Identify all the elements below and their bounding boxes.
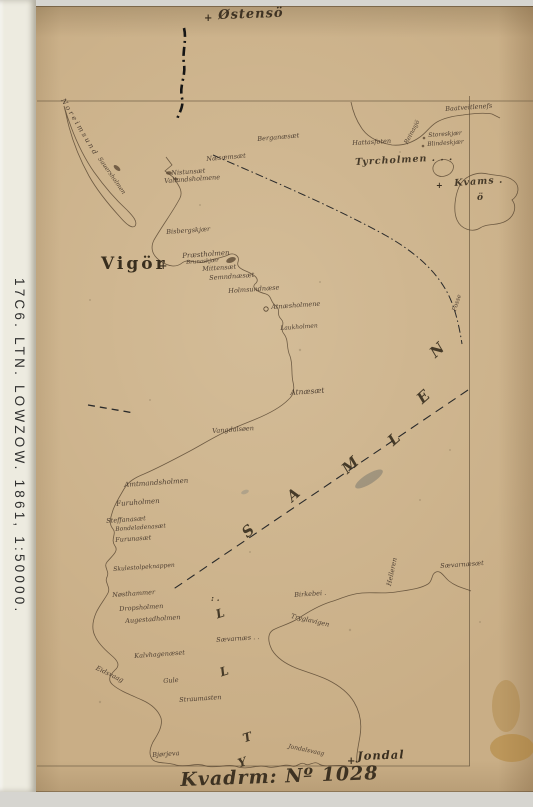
map-area: +ØstensöBaatveitlenefsReinasjöHattasfote… <box>0 0 533 807</box>
coastlines <box>64 102 518 768</box>
label-gule: Gule <box>163 676 179 685</box>
stain-right-2 <box>490 734 533 762</box>
paper-stains <box>490 680 533 762</box>
vigor-cross: + <box>159 261 167 272</box>
map-title-ostenso: Østensö <box>218 6 284 23</box>
smudge-small <box>241 489 250 495</box>
town-vigor: Vigör <box>101 254 168 274</box>
boundary-bold-dashdot <box>177 28 185 120</box>
stain-right-1 <box>492 680 520 732</box>
boundary-dash-left <box>88 405 134 413</box>
island-kvams-o: ö <box>477 193 483 203</box>
islet-fjord-arm <box>113 164 122 172</box>
boundary-dash-samlen <box>172 390 468 590</box>
neatlines <box>37 96 533 766</box>
coastline-east <box>269 572 471 763</box>
ink-smudges <box>241 466 386 495</box>
islet-blindeskjaer <box>422 145 425 148</box>
margin-strip: 17C6. LTN. LOWZOW. 1861, 1:50000. <box>0 0 36 792</box>
islet-storeskjaer <box>423 137 426 140</box>
margin-strip-text: 17C6. LTN. LOWZOW. 1861, 1:50000. <box>12 278 27 614</box>
large-letter-mark: : . <box>211 593 220 603</box>
ostenso-cross: + <box>204 13 212 24</box>
scanned-map-photo: { "margin_strip": { "text": "17C6. LTN. … <box>0 0 533 807</box>
islet-atnaesholmene-ring <box>264 307 268 311</box>
kvams-cross: + <box>436 180 443 190</box>
village-jondal: Jondal <box>357 747 405 763</box>
boundary-dashdot <box>213 155 462 344</box>
